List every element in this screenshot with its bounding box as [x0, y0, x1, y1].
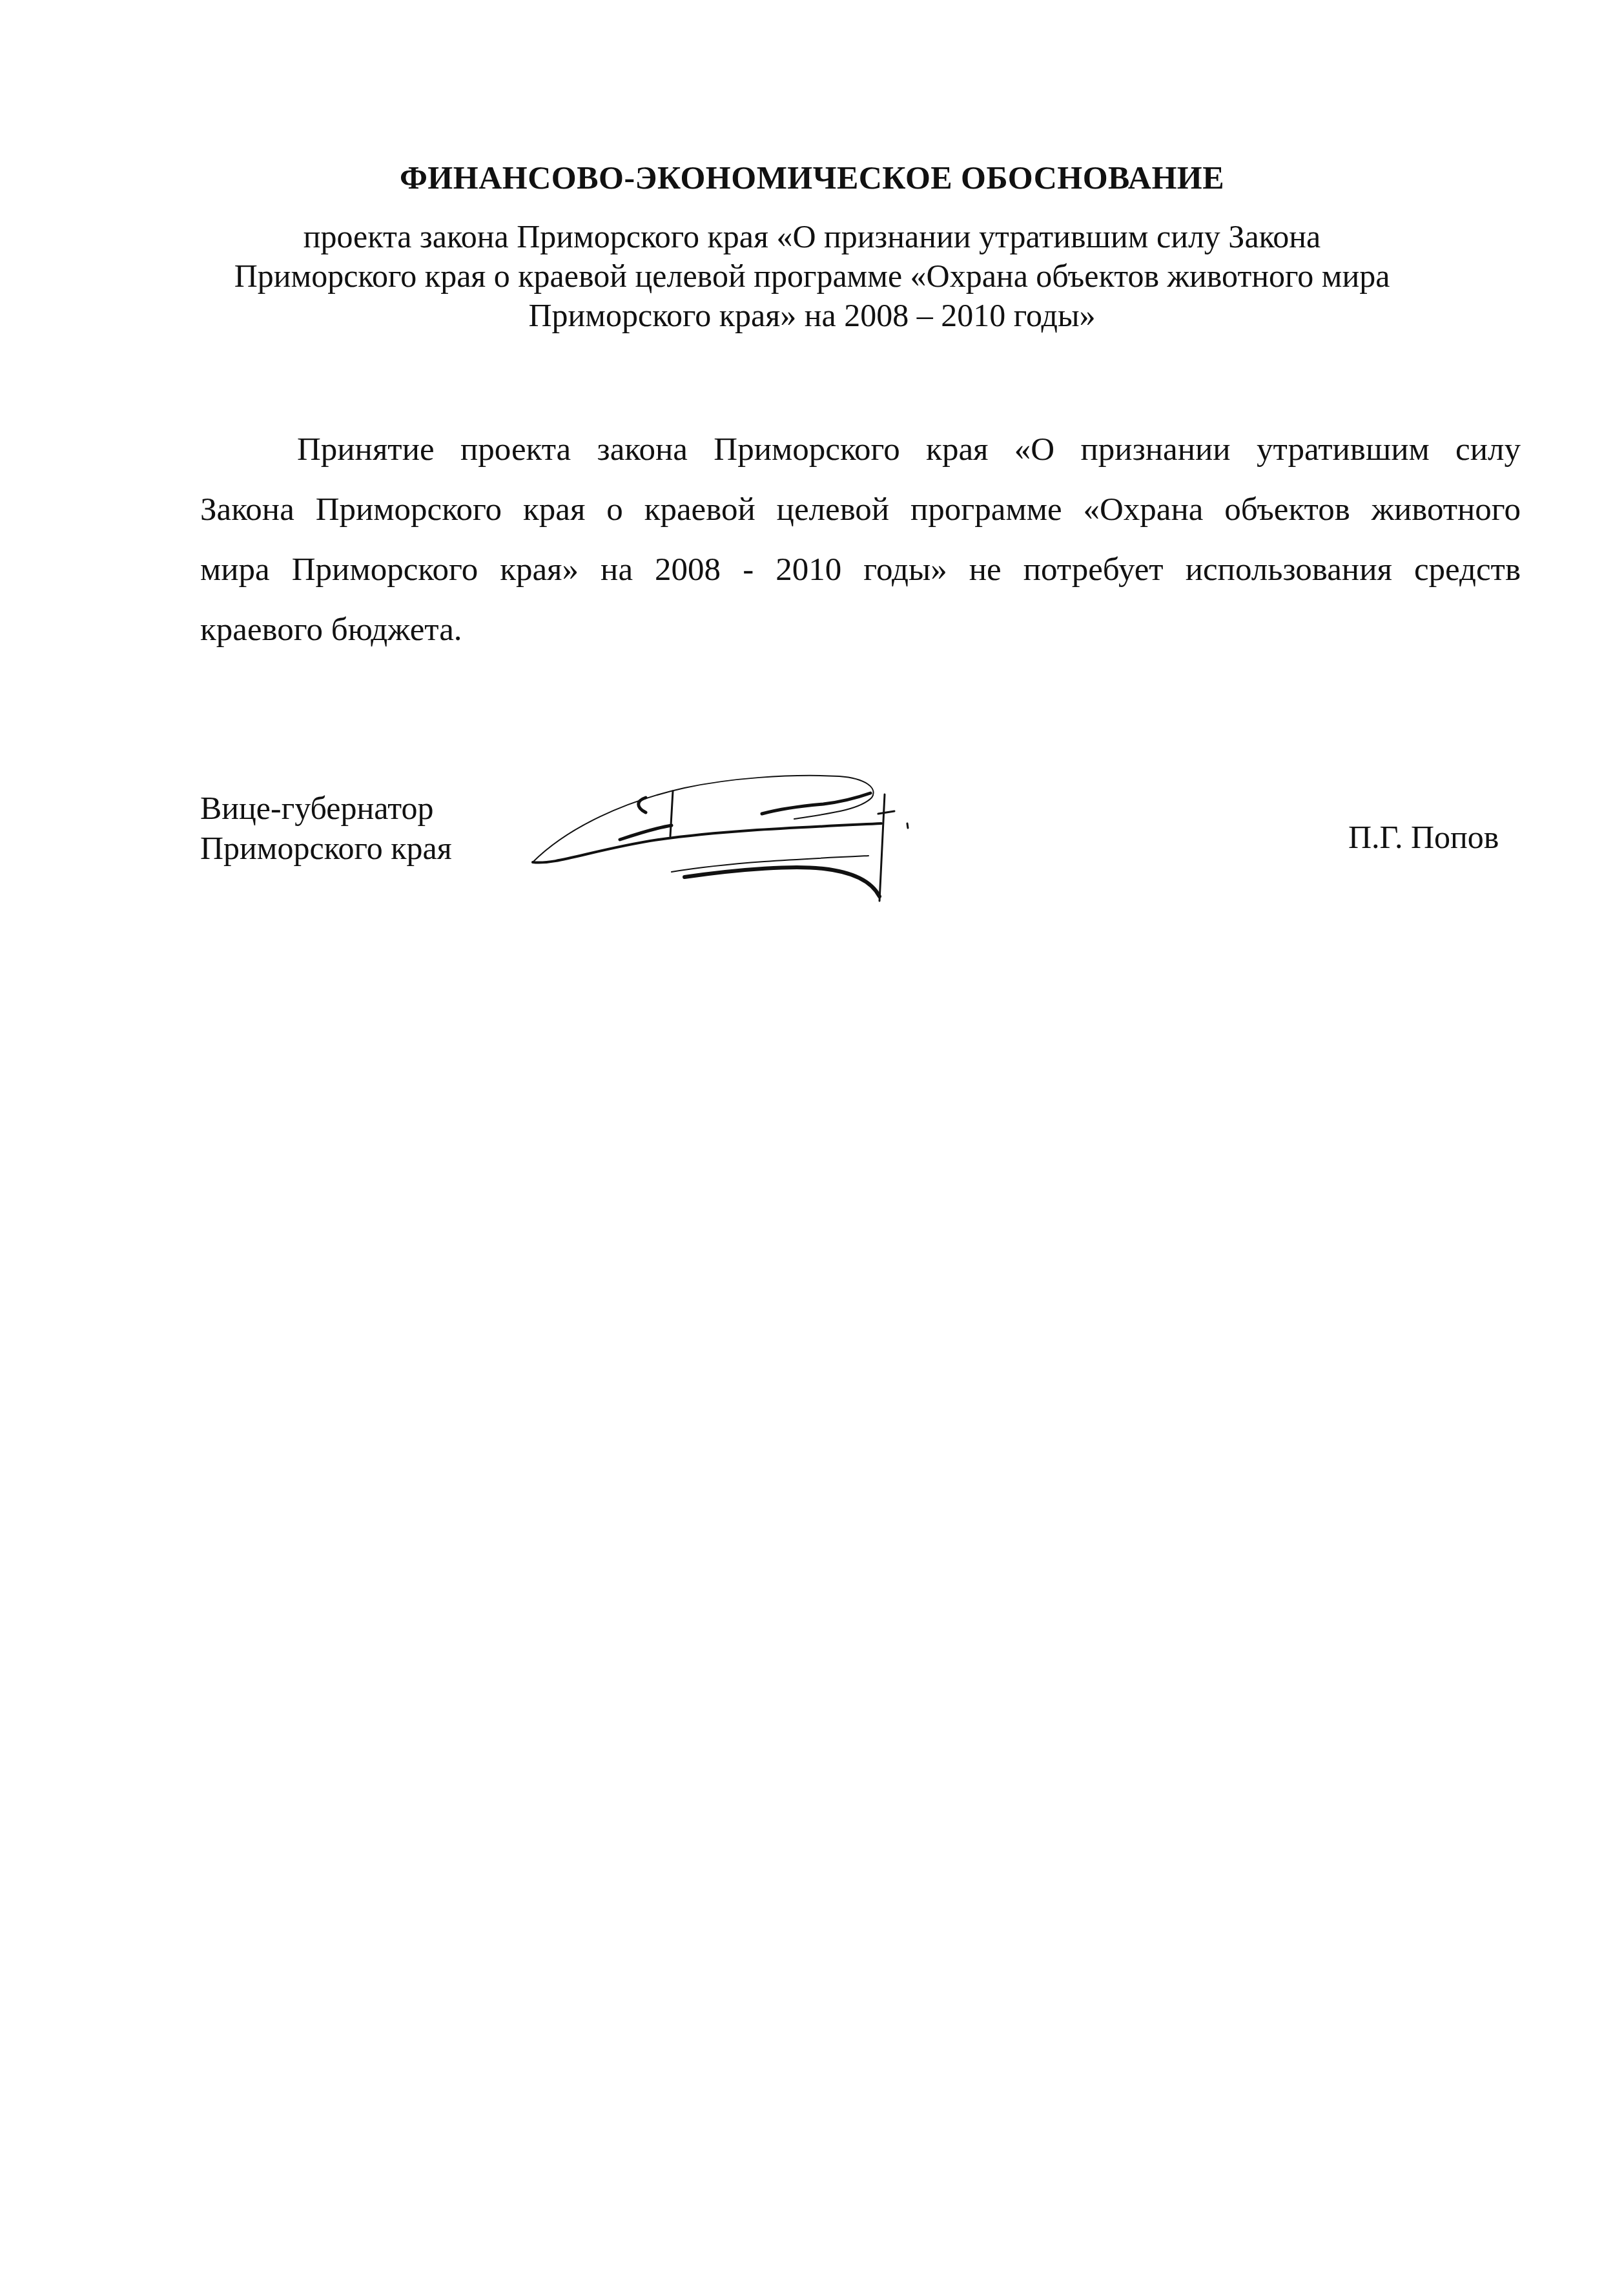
position-line: Вице-губернатор — [200, 788, 452, 828]
body-line: краевого бюджета. — [200, 600, 1521, 660]
signatory-name: П.Г. Попов — [1348, 818, 1499, 856]
document-subtitle: проекта закона Приморского края «О призн… — [194, 217, 1430, 335]
body-line: мира Приморского края» на 2008 - 2010 го… — [200, 540, 1521, 600]
document-title: ФИНАНСОВО-ЭКОНОМИЧЕСКОЕ ОБОСНОВАНИЕ — [0, 159, 1624, 196]
subtitle-line: Приморского края» на 2008 – 2010 годы» — [194, 296, 1430, 335]
body-line: Принятие проекта закона Приморского края… — [200, 420, 1521, 480]
body-paragraph: Принятие проекта закона Приморского края… — [200, 420, 1521, 660]
position-line: Приморского края — [200, 828, 452, 868]
subtitle-line: Приморского края о краевой целевой прогр… — [194, 256, 1430, 296]
document-page: ФИНАНСОВО-ЭКОНОМИЧЕСКОЕ ОБОСНОВАНИЕ прое… — [0, 0, 1624, 2274]
handwritten-signature-icon — [517, 769, 1201, 936]
subtitle-line: проекта закона Приморского края «О призн… — [194, 217, 1430, 256]
signatory-position: Вице-губернатор Приморского края — [200, 788, 452, 868]
body-line: Закона Приморского края о краевой целево… — [200, 480, 1521, 540]
